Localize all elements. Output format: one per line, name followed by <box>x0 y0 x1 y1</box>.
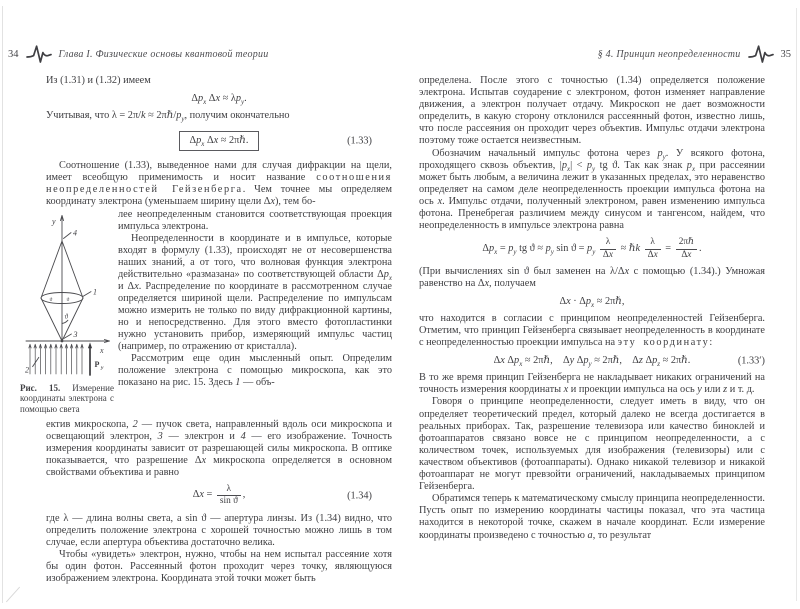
pointer-2 <box>33 357 39 366</box>
pointer-4 <box>64 232 72 238</box>
equation-content: Δpx Δx ≈ λpy. <box>191 93 246 104</box>
angle-arc <box>62 320 68 323</box>
equation-unnumbered: Δx · Δpx ≈ 2πℏ, <box>419 295 765 308</box>
lens-theta-mark-right: ϑ <box>67 296 70 302</box>
paragraph: Учитывая, что λ = 2π/k ≈ 2πℏ/py, получим… <box>46 110 392 122</box>
left-page-body: Из (1.31) и (1.32) имеем Δpx Δx ≈ λpy. У… <box>46 75 392 585</box>
momentum-label-sub: y <box>100 365 104 371</box>
paragraph: что находится в согласии с принципом нео… <box>419 313 765 349</box>
paragraph: Соотношение (1.33), выведенное нами для … <box>46 160 392 208</box>
momentum-arrowhead <box>88 342 92 348</box>
figure-caption: Рис. 15. Измерение координаты электрона … <box>20 383 114 415</box>
equation-1-33: Δpx Δx ≈ 2πℏ. (1.33) <box>46 131 392 151</box>
equation-unnumbered: Δpx = py tg ϑ ≈ py sin ϑ = py λΔx ≈ ℏk λ… <box>419 238 765 260</box>
paragraph: Рассмотрим еще один мысленный опыт. Опре… <box>118 353 392 389</box>
figure-15: y x 4 1 3 2 ϑ ϑ ϑ P y Рис. 15. <box>20 211 114 415</box>
equation-number: (1.33′) <box>738 354 765 367</box>
light-beam-hatching <box>29 344 83 374</box>
page-edge-left <box>2 6 3 603</box>
right-running-head: § 4. Принцип неопределенности 35 <box>598 44 791 64</box>
figure-label-3: 3 <box>73 330 78 339</box>
paragraph: Обратимся теперь к математическому смысл… <box>419 493 765 541</box>
paragraph: Из (1.31) и (1.32) имеем <box>46 75 392 87</box>
pointer-1 <box>83 291 91 296</box>
page-corner-mark <box>6 587 20 603</box>
paragraph: Чтобы «увидеть» электрон, нужно, чтобы н… <box>46 549 392 585</box>
book-spread: 34 Глава I. Физические основы квантовой … <box>0 0 800 609</box>
paragraph: (При вычислениях sin ϑ был заменен на λ/… <box>419 266 765 290</box>
figure-label-4: 4 <box>73 228 77 237</box>
paragraph: Обозначим начальный импульс фотона через… <box>419 148 765 233</box>
figure-15-diagram: y x 4 1 3 2 ϑ ϑ ϑ P y <box>20 211 112 379</box>
figure-label-2: 2 <box>25 365 29 374</box>
right-page-number: 35 <box>781 49 792 60</box>
axis-label-y: y <box>51 217 56 226</box>
pulse-icon <box>26 44 52 64</box>
figure-wrap-zone: y x 4 1 3 2 ϑ ϑ ϑ P y Рис. 15. <box>46 209 392 419</box>
left-running-head: 34 Глава I. Физические основы квантовой … <box>8 44 268 64</box>
equation-content: Δx Δpx ≈ 2πℏ, Δy Δpy ≈ 2πℏ, Δz Δpz ≈ 2πℏ… <box>494 355 691 366</box>
left-running-title: Глава I. Физические основы квантовой тео… <box>59 49 269 60</box>
equation-number: (1.33) <box>347 135 372 148</box>
left-page-number: 34 <box>8 49 19 60</box>
figure-caption-number: Рис. 15. <box>20 383 60 393</box>
lens-theta-mark-left: ϑ <box>50 296 53 302</box>
paragraph: лее неопределенным становится соответств… <box>118 209 392 233</box>
equation-1-34: Δx = λsin ϑ, (1.34) <box>46 485 392 507</box>
paragraph: В то же время принцип Гейзенберга не нак… <box>419 372 765 396</box>
right-running-title: § 4. Принцип неопределенности <box>598 49 741 60</box>
equation-unnumbered: Δpx Δx ≈ λpy. <box>46 92 392 105</box>
equation-content: Δx = λsin ϑ, <box>193 489 246 500</box>
right-page-body: определена. После этого с точностью (1.3… <box>419 75 765 542</box>
axis-label-x: x <box>99 346 104 355</box>
figure-label-1: 1 <box>93 287 97 296</box>
boxed-formula: Δpx Δx ≈ 2πℏ. <box>179 131 258 151</box>
equation-1-33prime: Δx Δpx ≈ 2πℏ, Δy Δpy ≈ 2πℏ, Δz Δpz ≈ 2πℏ… <box>419 354 765 367</box>
momentum-label-p: P <box>95 360 100 369</box>
paragraph: определена. После этого с точностью (1.3… <box>419 75 765 148</box>
page-edge-right <box>796 8 797 601</box>
paragraph: где λ — длина волны света, а sin ϑ — апе… <box>46 513 392 549</box>
equation-content: Δpx = py tg ϑ ≈ py sin ϑ = py λΔx ≈ ℏk λ… <box>482 243 701 254</box>
pulse-icon <box>748 44 774 64</box>
paragraph: Неопределенности в координате и в импуль… <box>118 233 392 353</box>
paragraph: Говоря о принципе неопределенности, след… <box>419 396 765 493</box>
equation-content: Δx · Δpx ≈ 2πℏ, <box>559 296 624 307</box>
equation-number: (1.34) <box>347 489 372 502</box>
paragraph: ектив микроскопа, 2 — пучок света, напра… <box>46 419 392 479</box>
electron-point <box>61 339 64 342</box>
angle-theta-label: ϑ <box>65 312 69 320</box>
